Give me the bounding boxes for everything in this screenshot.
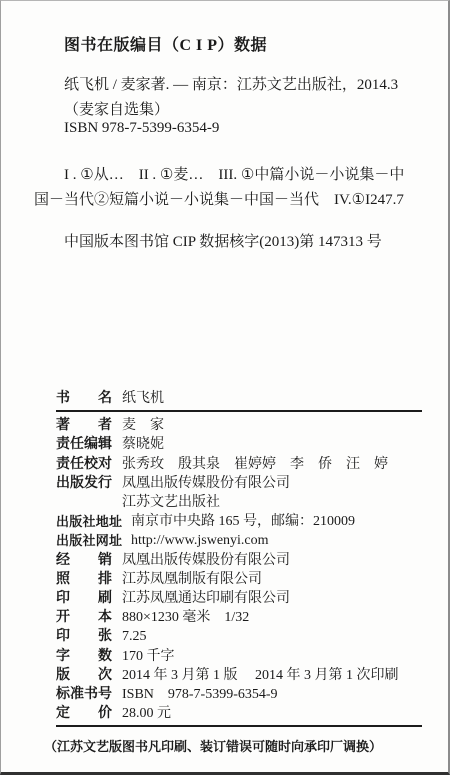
row-value: 7.25	[122, 627, 147, 646]
cip-description-line: 纸飞机 / 麦家著. — 南京：江苏文艺出版社，2014.3	[64, 73, 398, 94]
row-label: 字数	[56, 647, 112, 666]
row-value: 170 千字	[122, 647, 175, 666]
table-row-author: 著者 麦 家	[56, 416, 422, 435]
row-label: 书名	[56, 389, 112, 408]
table-row-publisher-website: 出版社网址 http://www.jswenyi.com	[56, 531, 422, 550]
row-label: 印张	[56, 627, 112, 646]
cip-isbn-line: ISBN 978-7-5399-6354-9	[64, 120, 219, 137]
row-label: 经销	[56, 551, 112, 570]
table-row-format: 开本 880×1230 毫米 1/32	[56, 608, 422, 627]
cip-record-line: 中国版本图书馆 CIP 数据核字(2013)第 147313 号	[64, 230, 382, 251]
row-value: http://www.jswenyi.com	[131, 531, 269, 550]
row-value: 江苏凤凰制版有限公司	[122, 570, 262, 589]
row-value: 江苏文艺出版社	[122, 493, 220, 512]
table-row-publisher-2: 江苏文艺出版社	[56, 493, 422, 512]
row-value: 2014 年 3 月第 1 版 2014 年 3 月第 1 次印刷	[122, 666, 399, 685]
table-row-publisher: 出版发行 凤凰出版传媒股份有限公司	[56, 474, 422, 493]
cip-classification-line-2: 国－当代②短篇小说－小说集－中国－当代 IV.①I247.7	[34, 188, 404, 209]
table-row-proofreaders: 责任校对 张秀玫 殷其泉 崔婷婷 李 侨 汪 婷	[56, 455, 422, 474]
row-value: 28.00 元	[122, 704, 171, 723]
colophon-table: 书名 纸飞机 著者 麦 家 责任编辑 蔡晓妮 责任校对 张秀玫 殷其泉 崔婷婷 …	[56, 389, 422, 731]
table-row-book-title: 书名 纸飞机	[56, 389, 422, 408]
row-label: 照排	[56, 570, 112, 589]
divider-rule-bottom	[56, 725, 422, 727]
row-label: 出版社网址	[56, 531, 122, 550]
row-value: 纸飞机	[122, 389, 164, 408]
table-row-typesetting: 照排 江苏凤凰制版有限公司	[56, 570, 422, 589]
row-label	[56, 493, 112, 512]
table-row-isbn: 标准书号 ISBN 978-7-5399-6354-9	[56, 685, 422, 704]
table-row-editor: 责任编辑 蔡晓妮	[56, 435, 422, 454]
row-value: 凤凰出版传媒股份有限公司	[122, 551, 290, 570]
row-label: 责任编辑	[56, 435, 112, 454]
table-row-distribution: 经销 凤凰出版传媒股份有限公司	[56, 551, 422, 570]
row-label: 版次	[56, 666, 112, 685]
row-label: 出版发行	[56, 474, 112, 493]
row-value: 麦 家	[122, 416, 164, 435]
cip-series-line: （麦家自选集）	[64, 98, 169, 119]
row-value: ISBN 978-7-5399-6354-9	[122, 685, 278, 704]
table-row-word-count: 字数 170 千字	[56, 647, 422, 666]
row-value: 蔡晓妮	[122, 435, 164, 454]
table-row-price: 定价 28.00 元	[56, 704, 422, 723]
reprint-exchange-note: （江苏文艺版图书凡印刷、装订错误可随时向承印厂调换）	[44, 736, 382, 755]
cip-heading: 图书在版编目（C I P）数据	[64, 32, 267, 55]
row-value: 凤凰出版传媒股份有限公司	[122, 474, 290, 493]
row-label: 标准书号	[56, 685, 112, 704]
row-value: 江苏凤凰通达印刷有限公司	[122, 589, 290, 608]
row-label: 印刷	[56, 589, 112, 608]
row-value: 张秀玫 殷其泉 崔婷婷 李 侨 汪 婷	[122, 455, 388, 474]
row-label: 开本	[56, 608, 112, 627]
row-label: 出版社地址	[56, 512, 122, 531]
row-value: 南京市中央路 165 号，邮编：210009	[131, 512, 355, 531]
row-label: 著者	[56, 416, 112, 435]
copyright-page: 图书在版编目（C I P）数据 纸飞机 / 麦家著. — 南京：江苏文艺出版社，…	[0, 0, 450, 775]
row-value: 880×1230 毫米 1/32	[122, 608, 249, 627]
cip-classification-line-1: I . ①从… II . ①麦… III. ①中篇小说－小说集－中	[64, 163, 404, 184]
row-label: 定价	[56, 704, 112, 723]
row-label: 责任校对	[56, 455, 112, 474]
table-row-sheets: 印张 7.25	[56, 627, 422, 646]
table-row-edition: 版次 2014 年 3 月第 1 版 2014 年 3 月第 1 次印刷	[56, 666, 422, 685]
divider-rule-top	[56, 410, 422, 412]
table-row-printing: 印刷 江苏凤凰通达印刷有限公司	[56, 589, 422, 608]
table-row-publisher-address: 出版社地址 南京市中央路 165 号，邮编：210009	[56, 512, 422, 531]
